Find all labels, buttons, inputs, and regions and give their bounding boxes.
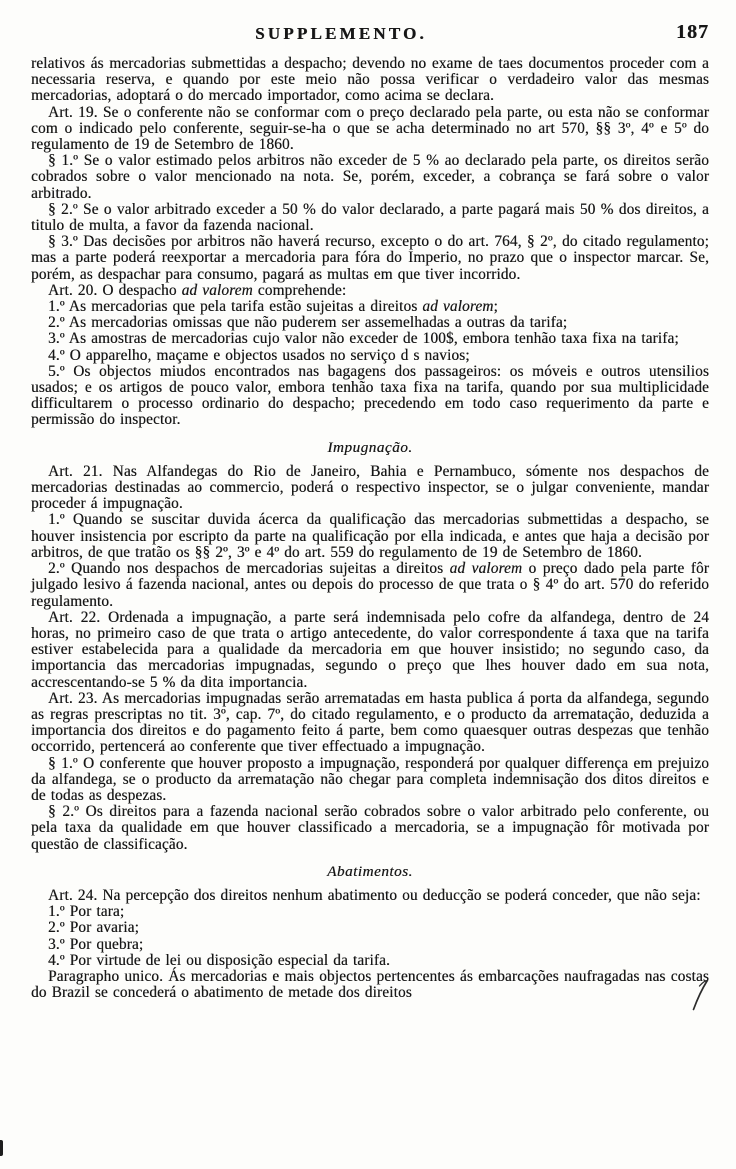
text-run: 1.º As mercadorias que pela tarifa estão… [48, 298, 422, 315]
section-heading: Impugnação. [31, 440, 709, 456]
paragraph: relativos ás mercadorias submettidas a d… [31, 56, 709, 105]
text-run: § 2.º Se o valor arbitrado exceder a 50 … [31, 201, 709, 234]
paragraph: Art. 21. Nas Alfandegas do Rio de Janeir… [31, 464, 709, 513]
text-run: 3.º Por quebra; [48, 936, 143, 953]
paragraph: 1.º Por tara; [31, 904, 709, 920]
paragraph: Art. 19. Se o conferente não se conforma… [31, 105, 709, 154]
text-run: Art. 23. As mercadorias impugnadas serão… [31, 690, 709, 756]
paragraph: Paragrapho unico. Ás mercadorias e mais … [31, 969, 709, 1001]
paragraph: § 2.º Se o valor arbitrado exceder a 50 … [31, 202, 709, 234]
paragraph: Art. 24. Na percepção dos direitos nenhu… [31, 888, 709, 904]
text-run: 2.º As mercadorias omissas que não puder… [48, 314, 567, 331]
text-run: ; [494, 298, 498, 315]
text-run: 2.º Quando nos despachos de mercadorias … [48, 560, 450, 577]
text-run: 1.º Por tara; [48, 903, 124, 920]
section-heading: Abatimentos. [31, 864, 709, 880]
text-run: 4.º O apparelho, maçame e objectos usado… [48, 347, 470, 364]
paragraph: 1.º Quando se suscitar duvida ácerca da … [31, 512, 709, 561]
paragraph: § 3.º Das decisões por arbitros não have… [31, 234, 709, 283]
text-run: § 1.º Se o valor estimado pelos arbitros… [31, 152, 709, 201]
paragraph: 1.º As mercadorias que pela tarifa estão… [31, 299, 709, 315]
scan-artifact [0, 1140, 3, 1156]
text-run: Impugnação. [327, 439, 412, 456]
text-run: relativos ás mercadorias submettidas a d… [31, 55, 709, 104]
text-run: ad valorem [450, 560, 523, 577]
text-run: Art. 20. O despacho [48, 282, 182, 299]
text-run: 2.º Por avaria; [48, 919, 139, 936]
document-page: SUPPLEMENTO. 187 relativos ás mercadoria… [0, 0, 736, 1169]
text-run: Art. 19. Se o conferente não se conforma… [31, 104, 709, 153]
paragraph: 5.º Os objectos miudos encontrados nas b… [31, 364, 709, 429]
paragraph: 4.º Por virtude de lei ou disposição esp… [31, 953, 709, 969]
paragraph: § 1.º Se o valor estimado pelos arbitros… [31, 153, 709, 202]
paragraph: 2.º Por avaria; [31, 920, 709, 936]
text-run: 3.º As amostras de mercadorias cujo valo… [48, 330, 679, 347]
text-run: Art. 22. Ordenada a impugnação, a parte … [31, 609, 709, 691]
text-run: Art. 21. Nas Alfandegas do Rio de Janeir… [31, 463, 709, 512]
paragraph: 3.º Por quebra; [31, 937, 709, 953]
document-body: relativos ás mercadorias submettidas a d… [31, 56, 709, 1001]
text-run: § 3.º Das decisões por arbitros não have… [31, 233, 709, 282]
paragraph: § 1.º O conferente que houver proposto a… [31, 756, 709, 805]
text-run: Art. 24. Na percepção dos direitos nenhu… [48, 887, 701, 904]
paragraph: Art. 23. As mercadorias impugnadas serão… [31, 691, 709, 756]
paragraph: 4.º O apparelho, maçame e objectos usado… [31, 348, 709, 364]
page-header: SUPPLEMENTO. 187 [31, 24, 709, 48]
text-run: comprehende: [253, 282, 346, 299]
paragraph: 2.º As mercadorias omissas que não puder… [31, 315, 709, 331]
text-run: ad valorem [422, 298, 493, 315]
text-run: 5.º Os objectos miudos encontrados nas b… [31, 363, 709, 429]
text-run: Paragrapho unico. Ás mercadorias e mais … [31, 968, 709, 1001]
page-number: 187 [676, 21, 709, 44]
paragraph: 2.º Quando nos despachos de mercadorias … [31, 561, 709, 610]
text-run: Abatimentos. [327, 863, 413, 880]
text-run: § 1.º O conferente que houver proposto a… [31, 755, 709, 804]
handwritten-pen-mark [688, 976, 712, 1014]
text-run: 1.º Quando se suscitar duvida ácerca da … [31, 511, 709, 560]
paragraph: Art. 22. Ordenada a impugnação, a parte … [31, 610, 709, 691]
paragraph: § 2.º Os direitos para a fazenda naciona… [31, 804, 709, 853]
paragraph: 3.º As amostras de mercadorias cujo valo… [31, 331, 709, 347]
page-header-title: SUPPLEMENTO. [31, 24, 651, 44]
text-run: § 2.º Os direitos para a fazenda naciona… [31, 803, 709, 852]
text-run: ad valorem [182, 282, 253, 299]
text-run: 4.º Por virtude de lei ou disposição esp… [48, 952, 390, 969]
paragraph: Art. 20. O despacho ad valorem comprehen… [31, 283, 709, 299]
